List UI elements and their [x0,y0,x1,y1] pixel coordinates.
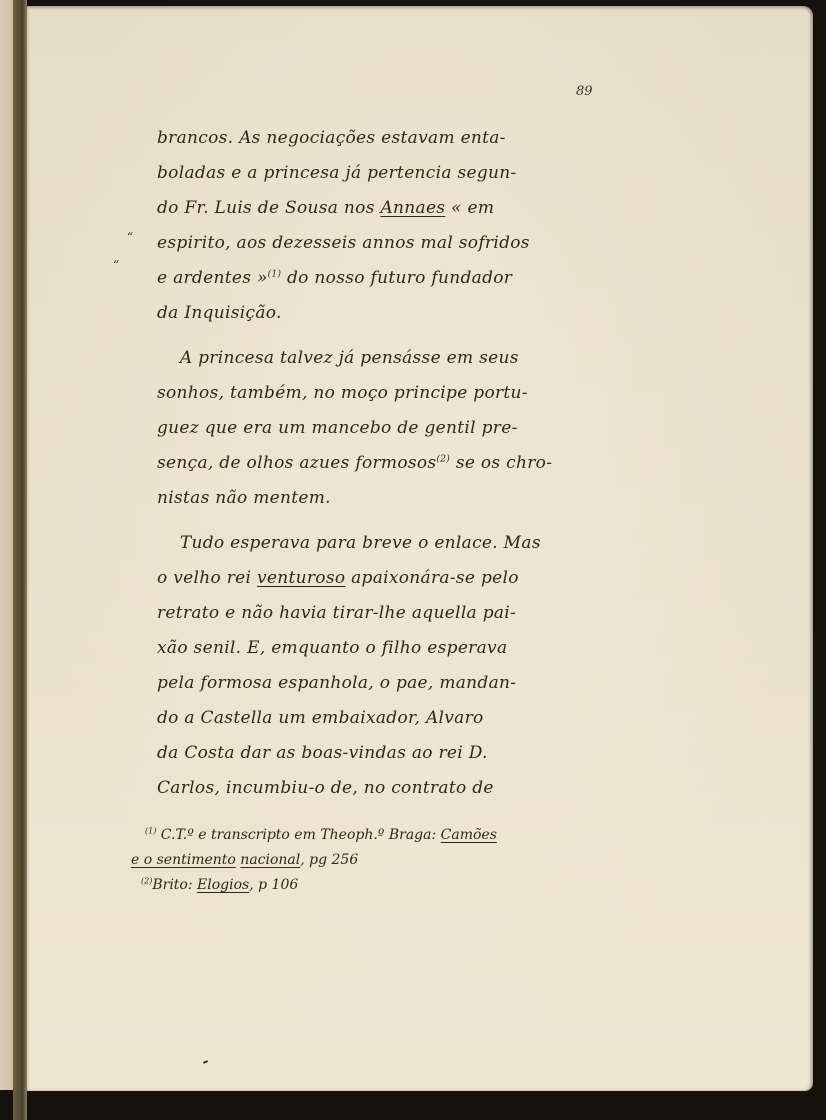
footnote-2: (2)Brito: Elogios, p 106 [141,878,298,892]
text-line: boladas e a princesa já pertencia segun- [157,165,517,182]
footnote-1-continued: e o sentimento nacional, pg 256 [131,853,358,867]
text-line: da Costa dar as boas-vindas ao rei D. [157,745,488,762]
text-line: do a Castella um embaixador, Alvaro [157,710,484,727]
text-line: guez que era um mancebo de gentil pre- [157,420,518,437]
ink-speck [203,1060,208,1064]
footnote-1: (1) C.T.º e transcripto em Theoph.º Brag… [145,828,497,842]
footnote-marker-1: (1) [268,269,282,279]
text-line: o velho rei venturoso apaixonára-se pelo [157,570,519,587]
text-line: do Fr. Luis de Sousa nos Annaes « em [157,200,494,217]
text-line: A princesa talvez já pensásse em seus [157,350,519,367]
manuscript-page: 89 “ “ brancos. As negociações estavam e… [27,6,813,1091]
text-line: brancos. As negociações estavam enta- [157,130,506,147]
underlined-word: venturoso [257,568,345,588]
text-line: e ardentes »(1) do nosso futuro fundador [157,270,512,287]
left-quote-mark: “ [127,230,133,244]
footnote-marker-2: (2) [436,454,450,464]
text-line: sença, de olhos azues formosos(2) se os … [157,455,552,472]
text-line: Tudo esperava para breve o enlace. Mas [157,535,541,552]
text-line: pela formosa espanhola, o pae, mandan- [157,675,516,692]
text-line: espirito, aos dezesseis annos mal sofrid… [157,235,530,252]
adjacent-page-edge [0,0,14,1090]
text-line: da Inquisição. [157,305,282,322]
text-line: Carlos, incumbiu-o de, no contrato de [157,780,494,797]
left-quote-mark: “ [113,258,119,272]
book-binding-gutter [13,0,27,1120]
text-line: xão senil. E, emquanto o filho esperava [157,640,507,657]
text-line: retrato e não havia tirar-lhe aquella pa… [157,605,516,622]
text-line: sonhos, também, no moço principe portu- [157,385,528,402]
underlined-title: Annaes [380,198,445,218]
page-number: 89 [576,84,593,99]
text-line: nistas não mentem. [157,490,331,507]
